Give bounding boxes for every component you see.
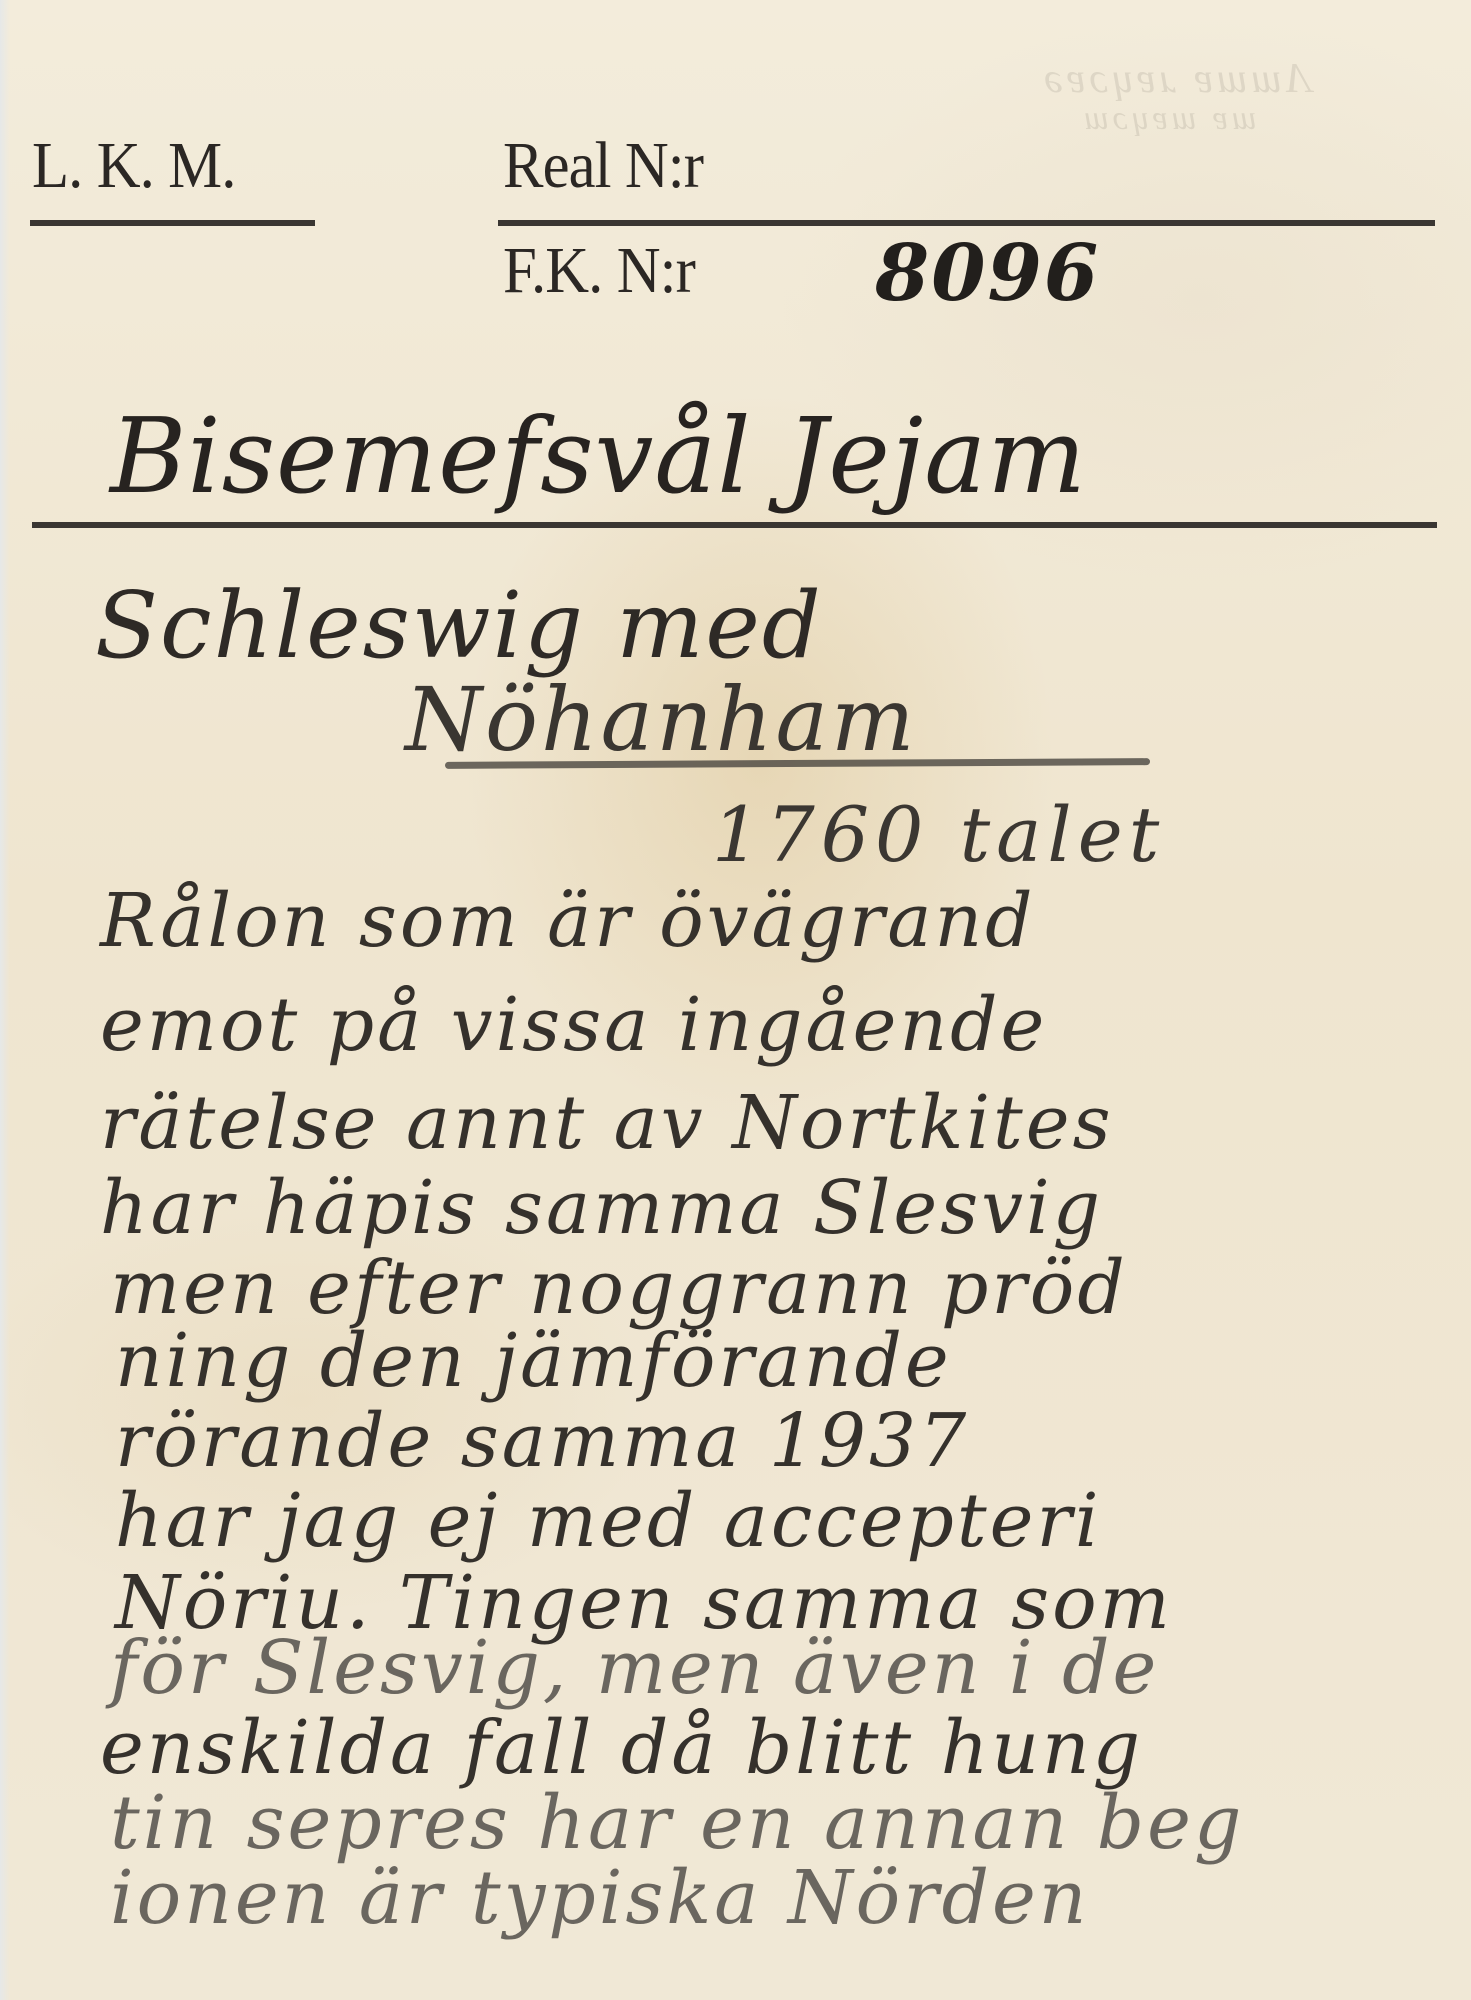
body-line-4: har häpis samma Slesvig: [100, 1165, 1103, 1251]
body-line-8: har jag ej med accepteri: [115, 1478, 1102, 1564]
body-line-6: ning den jämförande: [115, 1318, 952, 1404]
body-line-13: ionen är typiska Nörden: [110, 1855, 1089, 1941]
bleed-through-text-2: ɯɐ ɯɐɥɔɯ: [1080, 100, 1256, 138]
record-title: Bisemefsvål Jejam: [110, 395, 1087, 517]
scan-edge: [0, 0, 10, 2000]
subtitle-year: 1760 talet: [712, 790, 1165, 879]
subtitle-line-2: Nöhanham: [405, 668, 917, 771]
fk-number-value: 8096: [875, 228, 1100, 319]
subtitle-line-1: Schleswig med: [95, 572, 823, 679]
body-line-7: rörande samma 1937: [115, 1398, 969, 1484]
real-number-label: Real N:r: [503, 128, 703, 204]
body-line-11: enskilda fall då blitt hung: [100, 1705, 1143, 1791]
body-line-2: emot på vissa ingående: [100, 982, 1047, 1068]
body-line-1: Rålon som är övägrand: [100, 878, 1036, 964]
body-line-10: för Slesvig, men även i de: [110, 1625, 1159, 1711]
body-line-12: tin sepres har en annan beg: [110, 1780, 1244, 1866]
document-page: Ʌɯɯɐ ɹɐɥɔɐǝ ɯɐ ɯɐɥɔɯ L. K. M. Real N:r F…: [0, 0, 1471, 2000]
fk-number-label: F.K. N:r: [503, 233, 695, 309]
institution-label: L. K. M.: [32, 128, 235, 204]
title-rule: [32, 522, 1437, 528]
real-number-rule: [498, 220, 1435, 226]
body-line-3: rätelse annt av Nortkites: [100, 1080, 1114, 1166]
bleed-through-text: Ʌɯɯɐ ɹɐɥɔɐǝ: [1040, 55, 1311, 103]
institution-underline: [30, 220, 315, 226]
